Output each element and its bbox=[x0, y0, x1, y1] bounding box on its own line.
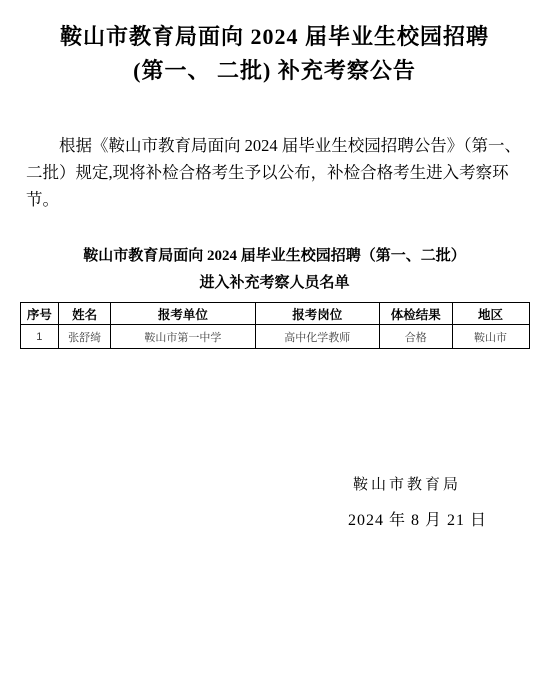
cell-name: 张舒绮 bbox=[59, 325, 111, 349]
cell-unit: 鞍山市第一中学 bbox=[111, 325, 256, 349]
header-exam-result: 体检结果 bbox=[379, 303, 452, 325]
table-title-line-2: 进入补充考察人员名单 bbox=[16, 270, 533, 297]
header-position: 报考岗位 bbox=[255, 303, 379, 325]
signature-issuer: 鞍山市教育局 bbox=[16, 477, 533, 493]
table-title-line-1: 鞍山市教育局面向 2024 届毕业生校园招聘（第一、二批） bbox=[16, 243, 533, 270]
candidate-roster-table: 序号 姓名 报考单位 报考岗位 体检结果 地区 1 张舒绮 鞍山市第一中学 高中… bbox=[20, 302, 530, 349]
table-title: 鞍山市教育局面向 2024 届毕业生校园招聘（第一、二批） 进入补充考察人员名单 bbox=[16, 243, 533, 297]
document-title: 鞍山市教育局面向 2024 届毕业生校园招聘 (第一、 二批) 补充考察公告 bbox=[16, 20, 533, 88]
document-page: 鞍山市教育局面向 2024 届毕业生校园招聘 (第一、 二批) 补充考察公告 根… bbox=[0, 0, 549, 683]
cell-exam-result: 合格 bbox=[379, 325, 452, 349]
document-title-line-2: (第一、 二批) 补充考察公告 bbox=[16, 54, 533, 88]
body-paragraph: 根据《鞍山市教育局面向 2024 届毕业生校园招聘公告》（第一、 二批）规定,现… bbox=[26, 132, 523, 213]
paragraph-line-3: 节。 bbox=[26, 186, 523, 213]
header-name: 姓名 bbox=[59, 303, 111, 325]
header-region: 地区 bbox=[452, 303, 529, 325]
cell-index: 1 bbox=[20, 325, 59, 349]
paragraph-line-1: 根据《鞍山市教育局面向 2024 届毕业生校园招聘公告》（第一、 bbox=[26, 132, 523, 159]
signature-block: 鞍山市教育局 2024 年 8 月 21 日 bbox=[16, 477, 533, 529]
header-index: 序号 bbox=[20, 303, 59, 325]
paragraph-line-2: 二批）规定,现将补检合格考生予以公布，补检合格考生进入考察环 bbox=[26, 159, 523, 186]
cell-position: 高中化学教师 bbox=[255, 325, 379, 349]
table-header-row: 序号 姓名 报考单位 报考岗位 体检结果 地区 bbox=[20, 303, 529, 325]
signature-date: 2024 年 8 月 21 日 bbox=[16, 512, 533, 529]
table-row: 1 张舒绮 鞍山市第一中学 高中化学教师 合格 鞍山市 bbox=[20, 325, 529, 349]
cell-region: 鞍山市 bbox=[452, 325, 529, 349]
document-title-line-1: 鞍山市教育局面向 2024 届毕业生校园招聘 bbox=[16, 20, 533, 54]
header-unit: 报考单位 bbox=[111, 303, 256, 325]
